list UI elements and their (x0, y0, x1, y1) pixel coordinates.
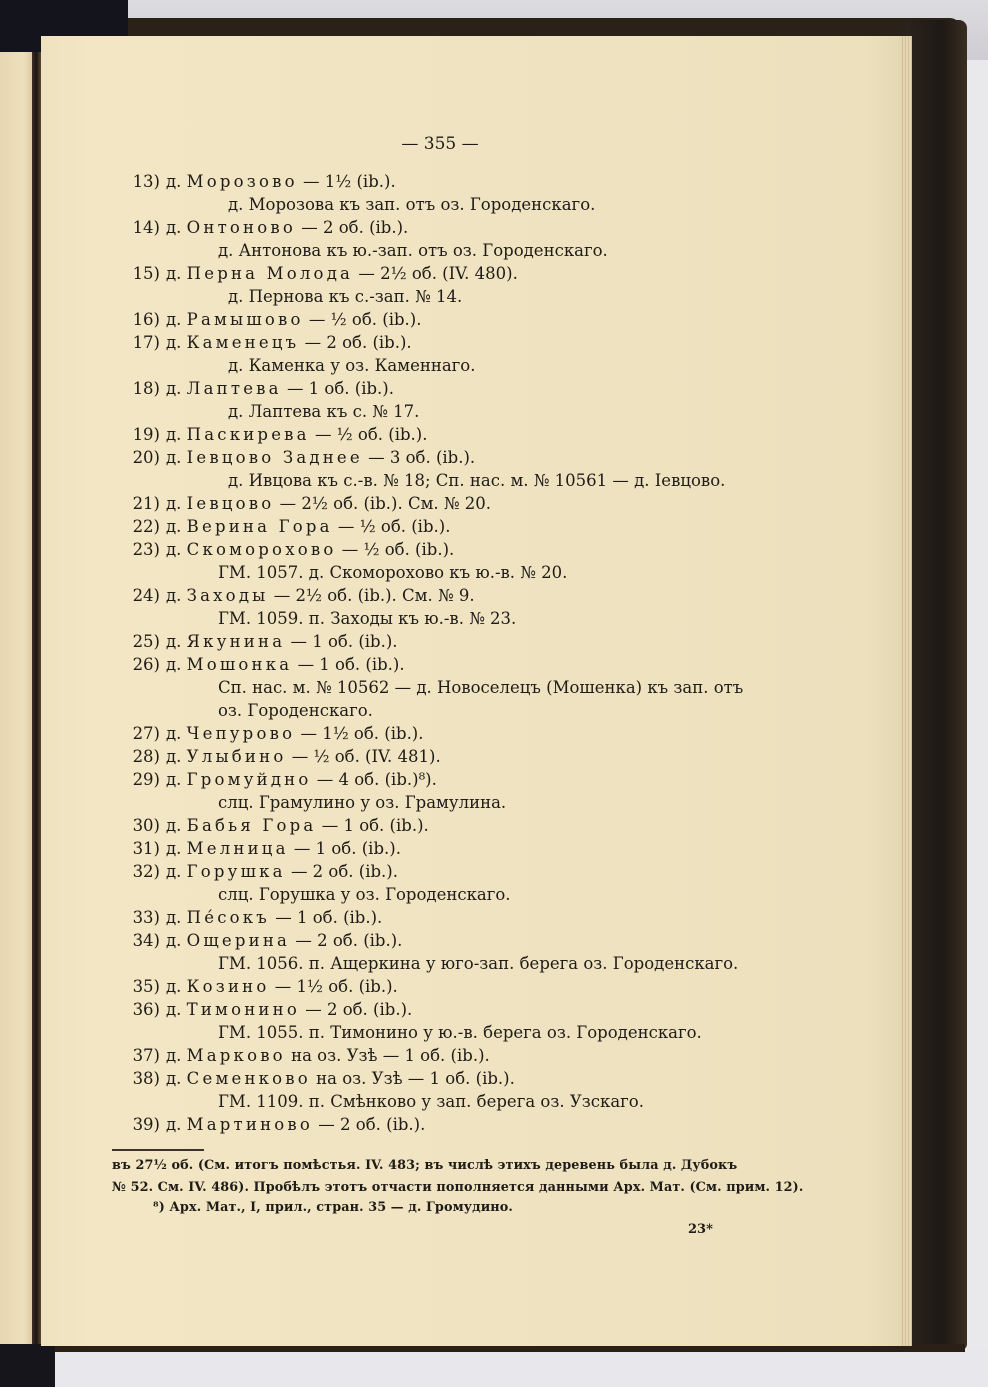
entry-prefix: д. (166, 1115, 181, 1134)
entry-note: д. Лаптева къ с. № 17. (228, 401, 419, 423)
entry-line: 32)д. Горушка — 2 об. (ib.). (100, 861, 398, 883)
signature-mark: 23* (688, 1222, 713, 1237)
entry-number: 14) (100, 217, 160, 239)
village-name: Паскирева (187, 425, 310, 444)
entry-note: д. Пернова къ с.-зап. № 14. (228, 286, 462, 308)
entry-details: — 1 об. (ib.). (322, 816, 429, 835)
entry-line: 23)д. Скоморохово — ½ об. (ib.). (100, 539, 454, 561)
entry-number: 26) (100, 654, 160, 676)
entry-details: — 2½ об. (ib.). См. № 20. (280, 494, 491, 513)
entry-prefix: д. (166, 655, 181, 674)
village-name: Рамышово (187, 310, 304, 329)
entry-details: — ½ об. (IV. 481). (292, 747, 441, 766)
entry-prefix: д. (166, 908, 181, 927)
entry-details: — 1 об. (ib.). (287, 379, 394, 398)
village-name: Чепурово (187, 724, 296, 743)
entry-number: 23) (100, 539, 160, 561)
entry-line: 19)д. Паскирева — ½ об. (ib.). (100, 424, 427, 446)
entry-details: — 1 об. (ib.). (298, 655, 405, 674)
entry-number: 38) (100, 1068, 160, 1090)
village-name: Іевцово Заднее (187, 448, 363, 467)
village-name: Іевцово (187, 494, 275, 513)
entry-number: 32) (100, 861, 160, 883)
entry-prefix: д. (166, 172, 181, 191)
village-name: Козино (187, 977, 270, 996)
entry-line: 28)д. Улыбино — ½ об. (IV. 481). (100, 746, 441, 768)
entry-number: 39) (100, 1114, 160, 1136)
entry-line: 16)д. Рамышово — ½ об. (ib.). (100, 309, 421, 331)
entry-note: ГМ. 1109. п. Смѣнково у зап. берега оз. … (218, 1091, 644, 1113)
entry-number: 33) (100, 907, 160, 929)
entry-number: 16) (100, 309, 160, 331)
entry-details: — 2 об. (ib.). (295, 931, 402, 950)
entry-number: 36) (100, 999, 160, 1021)
village-name: Бабья Гора (187, 816, 317, 835)
entry-details: — 1 об. (ib.). (294, 839, 401, 858)
entry-line: 18)д. Лаптева — 1 об. (ib.). (100, 378, 394, 400)
village-name: Перна Молода (187, 264, 353, 283)
village-name: Якунина (187, 632, 286, 651)
entry-number: 25) (100, 631, 160, 653)
entry-prefix: д. (166, 816, 181, 835)
entry-note: ГМ. 1059. п. Заходы къ ю.-в. № 23. (218, 608, 516, 630)
entry-prefix: д. (166, 218, 181, 237)
entry-number: 37) (100, 1045, 160, 1067)
entry-number: 30) (100, 815, 160, 837)
entry-line: 37)д. Марково на оз. Узѣ — 1 об. (ib.). (100, 1045, 490, 1067)
entry-number: 27) (100, 723, 160, 745)
entry-line: 27)д. Чепурово — 1½ об. (ib.). (100, 723, 424, 745)
entry-details: на оз. Узѣ — 1 об. (ib.). (291, 1046, 490, 1065)
entry-note: д. Ивцова къ с.-в. № 18; Сп. нас. м. № 1… (228, 470, 725, 492)
entry-prefix: д. (166, 931, 181, 950)
entry-prefix: д. (166, 310, 181, 329)
entry-note: ГМ. 1057. д. Скоморохово къ ю.-в. № 20. (218, 562, 567, 584)
entry-details: — 1 об. (ib.). (275, 908, 382, 927)
entry-details: — 4 об. (ib.)⁸). (317, 770, 437, 789)
entry-line: 21)д. Іевцово — 2½ об. (ib.). См. № 20. (100, 493, 491, 515)
entry-details: — 2 об. (ib.). (305, 1000, 412, 1019)
village-name: Скоморохово (187, 540, 337, 559)
entry-number: 17) (100, 332, 160, 354)
footnote-continuation-line-2: № 52. См. IV. 486). Пробѣлъ этотъ отчаст… (112, 1178, 803, 1198)
entry-prefix: д. (166, 540, 181, 559)
village-name: Лаптева (187, 379, 282, 398)
entry-prefix: д. (166, 862, 181, 881)
village-name: Мартиново (187, 1115, 313, 1134)
entry-details: — ½ об. (ib.). (338, 517, 451, 536)
entry-prefix: д. (166, 264, 181, 283)
entry-note: д. Каменка у оз. Каменнаго. (228, 355, 475, 377)
entry-note: ГМ. 1055. п. Тимонино у ю.-в. берега оз.… (218, 1022, 702, 1044)
entry-number: 15) (100, 263, 160, 285)
entry-line: 35)д. Козино — 1½ об. (ib.). (100, 976, 398, 998)
entry-details: — 1½ об. (ib.). (275, 977, 398, 996)
entry-line: 13)д. Морозово — 1½ (ib.). (100, 171, 396, 193)
entry-prefix: д. (166, 494, 181, 513)
entry-details: на оз. Узѣ — 1 об. (ib.). (316, 1069, 515, 1088)
entry-number: 35) (100, 976, 160, 998)
village-name: Онтоново (187, 218, 296, 237)
entry-line: 17)д. Каменецъ — 2 об. (ib.). (100, 332, 412, 354)
village-name: Верина Гора (187, 517, 333, 536)
entry-note: д. Морозова къ зап. отъ оз. Городенскаго… (228, 194, 595, 216)
entry-details: — ½ об. (ib.). (315, 425, 428, 444)
entry-number: 31) (100, 838, 160, 860)
entry-number: 19) (100, 424, 160, 446)
entry-line: 30)д. Бабья Гора — 1 об. (ib.). (100, 815, 429, 837)
village-name: Горушка (187, 862, 286, 881)
entry-details: — 2 об. (ib.). (318, 1115, 425, 1134)
entry-prefix: д. (166, 724, 181, 743)
village-name: Громуйдно (187, 770, 312, 789)
entry-prefix: д. (166, 977, 181, 996)
village-name: Мошонка (187, 655, 293, 674)
entry-prefix: д. (166, 839, 181, 858)
village-name: Семенково (187, 1069, 311, 1088)
page-text: — 355 — 13)д. Морозово — 1½ (ib.).д. Мор… (0, 0, 988, 1387)
village-name: Ощерина (187, 931, 290, 950)
entry-details: — 2 об. (ib.). (291, 862, 398, 881)
page-number: — 355 — (0, 134, 880, 154)
entry-line: 25)д. Якунина — 1 об. (ib.). (100, 631, 398, 653)
entry-number: 28) (100, 746, 160, 768)
entry-number: 20) (100, 447, 160, 469)
entry-details: — 2½ об. (IV. 480). (358, 264, 518, 283)
entry-line: 31)д. Мелница — 1 об. (ib.). (100, 838, 401, 860)
entry-note: слц. Грамулино у оз. Грамулина. (218, 792, 506, 814)
entry-line: 33)д. Пе́сокъ — 1 об. (ib.). (100, 907, 382, 929)
entry-details: — ½ об. (ib.). (309, 310, 422, 329)
footnote-rule (112, 1149, 204, 1151)
entry-note: ГМ. 1056. п. Ащеркина у юго-зап. берега … (218, 953, 738, 975)
entry-details: — 2 об. (ib.). (301, 218, 408, 237)
entry-prefix: д. (166, 586, 181, 605)
entry-prefix: д. (166, 1069, 181, 1088)
footnote-continuation-line-1: въ 27½ об. (См. итогъ помѣстья. IV. 483;… (112, 1156, 737, 1176)
entry-number: 29) (100, 769, 160, 791)
entry-details: — 1½ (ib.). (303, 172, 396, 191)
entry-note: слц. Горушка у оз. Городенскаго. (218, 884, 511, 906)
footnote-8: ⁸) Арх. Мат., I, прил., стран. 35 — д. Г… (153, 1198, 513, 1218)
entry-prefix: д. (166, 448, 181, 467)
entry-line: 22)д. Верина Гора — ½ об. (ib.). (100, 516, 450, 538)
entry-prefix: д. (166, 1046, 181, 1065)
entry-note: оз. Городенскаго. (218, 700, 373, 722)
entry-prefix: д. (166, 379, 181, 398)
entry-prefix: д. (166, 770, 181, 789)
entry-note: Сп. нас. м. № 10562 — д. Новоселецъ (Мош… (218, 677, 743, 699)
entry-details: — 1 об. (ib.). (290, 632, 397, 651)
entry-details: — 2 об. (ib.). (305, 333, 412, 352)
entry-note: д. Антонова къ ю.-зап. отъ оз. Городенск… (218, 240, 608, 262)
entry-details: — 2½ об. (ib.). См. № 9. (274, 586, 475, 605)
entry-number: 21) (100, 493, 160, 515)
entry-number: 18) (100, 378, 160, 400)
entry-line: 39)д. Мартиново — 2 об. (ib.). (100, 1114, 425, 1136)
village-name: Мелница (187, 839, 289, 858)
entry-number: 34) (100, 930, 160, 952)
village-name: Морозово (187, 172, 298, 191)
entry-line: 20)д. Іевцово Заднее — 3 об. (ib.). (100, 447, 475, 469)
village-name: Марково (187, 1046, 286, 1065)
entry-prefix: д. (166, 747, 181, 766)
entry-line: 38)д. Семенково на оз. Узѣ — 1 об. (ib.)… (100, 1068, 515, 1090)
entry-line: 29)д. Громуйдно — 4 об. (ib.)⁸). (100, 769, 437, 791)
entry-line: 26)д. Мошонка — 1 об. (ib.). (100, 654, 405, 676)
entry-prefix: д. (166, 333, 181, 352)
entry-details: — ½ об. (ib.). (342, 540, 455, 559)
entry-line: 24)д. Заходы — 2½ об. (ib.). См. № 9. (100, 585, 475, 607)
entry-line: 14)д. Онтоново — 2 об. (ib.). (100, 217, 408, 239)
entry-number: 13) (100, 171, 160, 193)
entry-number: 22) (100, 516, 160, 538)
village-name: Заходы (187, 586, 269, 605)
entry-line: 15)д. Перна Молода — 2½ об. (IV. 480). (100, 263, 518, 285)
entry-prefix: д. (166, 1000, 181, 1019)
village-name: Каменецъ (187, 333, 300, 352)
entry-details: — 3 об. (ib.). (368, 448, 475, 467)
entry-line: 36)д. Тимонино — 2 об. (ib.). (100, 999, 412, 1021)
village-name: Улыбино (187, 747, 287, 766)
entry-line: 34)д. Ощерина — 2 об. (ib.). (100, 930, 402, 952)
entry-prefix: д. (166, 632, 181, 651)
village-name: Тимонино (187, 1000, 300, 1019)
entry-details: — 1½ об. (ib.). (300, 724, 423, 743)
entry-prefix: д. (166, 517, 181, 536)
entry-prefix: д. (166, 425, 181, 444)
entry-number: 24) (100, 585, 160, 607)
village-name: Пе́сокъ (187, 908, 270, 927)
